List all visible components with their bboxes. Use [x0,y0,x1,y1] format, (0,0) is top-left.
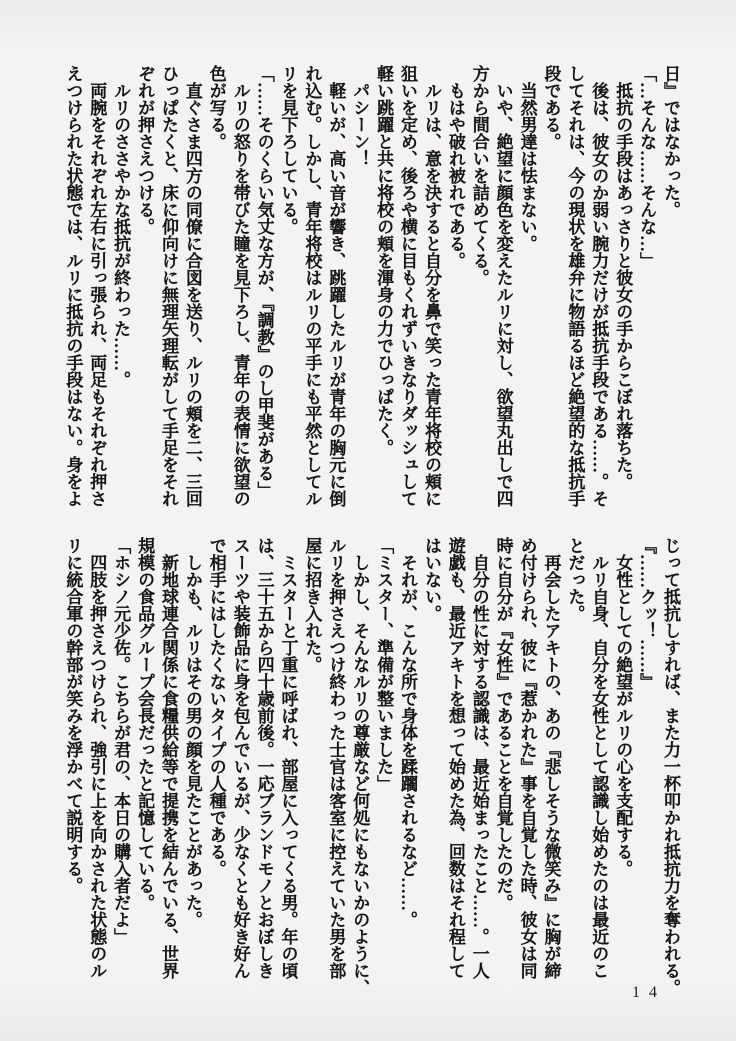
text-line: 『……クッ！……』 [634,537,658,981]
text-line: は、三十五から四十歳前後。一応ブランドモノとおぼしき [252,537,276,981]
text-line: 段である。 [539,65,563,509]
text-line: しかし、そんなルリの尊厳など何処にもないかのように、 [347,537,371,981]
text-line: とだった。 [562,537,586,981]
text-line: えつけられた状態では、ルリに抵抗の手段はない。身をよ [60,65,84,509]
text-line: ミスターと丁重に呼ばれ、部屋に入ってくる男。年の頃 [276,537,300,981]
text-line: め付けられ、彼に『惹かれた』事を自覚した時、彼女は同 [515,537,539,981]
text-line: 抵抗の手段はあっさりと彼女の手からこぼれ落ちた。 [610,65,634,509]
text-line: 両腕をそれぞれ左右に引っ張られ、両足もそれぞれ押さ [84,65,108,509]
text-line: はいない。 [419,537,443,981]
text-line: それが、こんな所で身体を蹂躙されるなど……。 [395,537,419,981]
text-line: 「ミスター、準備が整いました」 [371,537,395,981]
text-block-bottom: じって抵抗しすれば、また力一杯叩かれ抵抗力を奪われる。『……クッ！……』女性とし… [60,537,682,981]
text-line: 「…そんな……そんな…」 [634,65,658,509]
text-line: 軽い跳躍と共に将校の頬を渾身の力でひっぱたく。 [371,65,395,509]
page-number: 14 [632,984,666,1002]
text-line: じって抵抗しすれば、また力一杯叩かれ抵抗力を奪われる。 [658,537,682,981]
text-line: 当然男達は怯まない。 [515,65,539,509]
text-line: 規模の食品グループ会長だったと記憶している。 [132,537,156,981]
text-line: もはや破れ被れである。 [443,65,467,509]
novel-page: 日』ではなかった。「…そんな……そんな…」抵抗の手段はあっさりと彼女の手からこぼ… [0,0,736,1041]
text-line: 後は、彼女のか弱い腕力だけが抵抗手段である……。そ [586,65,610,509]
text-line: 方から間合いを詰めてくる。 [467,65,491,509]
text-line: ぞれが押さえつける。 [132,65,156,509]
text-line: 「ホシノ元少佐。こちらが君の、本日の購入者だよ」 [108,537,132,981]
text-line: 四肢を押さえつけられ、強引に上を向かされた状態のル [84,537,108,981]
text-line: 直ぐさま四方の同僚に合図を送り、ルリの頬を二、三回 [180,65,204,509]
text-line: 日』ではなかった。 [658,65,682,509]
text-block-top: 日』ではなかった。「…そんな……そんな…」抵抗の手段はあっさりと彼女の手からこぼ… [60,65,682,509]
text-line: スーツや装飾品に身を包んでいるが、少なくとも好き好ん [228,537,252,981]
text-line: 新地球連合関係に食糧供給等で提携を結んでいる、世界 [156,537,180,981]
text-line: ルリを押さえつけ終わった士官は客室に控えていた男を部 [323,537,347,981]
text-line: しかも、ルリはその男の顔を見たことがあった。 [180,537,204,981]
text-line: 軽いが、高い音が響き、跳躍したルリが青年の胸元に倒 [323,65,347,509]
text-line: れ込む。しかし、青年将校はルリの平手にも平然としてル [300,65,324,509]
text-line: 女性としての絶望がルリの心を支配する。 [610,537,634,981]
text-line: リに統合軍の幹部が笑みを浮かべて説明する。 [60,537,84,981]
text-line: してそれは、今の現状を雄弁に物語るほど絶望的な抵抗手 [562,65,586,509]
text-line: リを見下ろしている。 [276,65,300,509]
text-line: いや、絶望に顔色を変えたルリに対し、欲望丸出しで四 [491,65,515,509]
text-line: 「……そのくらい気丈な方が、『調教』のし甲斐がある」 [252,65,276,509]
text-line: ルリのささやかな抵抗が終わった……。 [108,65,132,509]
text-line: ルリは、意を決すると自分を鼻で笑った青年将校の頬に [419,65,443,509]
text-line: 時に自分が『女性』であることを自覚したのだ。 [491,537,515,981]
text-line: 色が写る。 [204,65,228,509]
text-line: で相手にはしたくないタイプの人種である。 [204,537,228,981]
text-line: 再会したアキトの、あの『悲しそうな微笑み』に胸が締 [539,537,563,981]
text-line: 自分の性に対する認識は、最近始まったこと……。一人 [467,537,491,981]
text-line: ひっぱたくと、床に仰向けに無理矢理転がして手足をそれ [156,65,180,509]
text-line: 遊戯も、最近アキトを想って始めた為、回数はそれ程して [443,537,467,981]
text-line: 屋に招き入れた。 [300,537,324,981]
text-line: 狙いを定め、後ろや横に目もくれずいきなりダッシュして [395,65,419,509]
text-line: ルリの怒りを帯びた瞳を見下ろし、青年の表情に欲望の [228,65,252,509]
text-line: ルリ自身、自分を女性として認識し始めたのは最近のこ [586,537,610,981]
text-line: パシーン！ [347,65,371,509]
